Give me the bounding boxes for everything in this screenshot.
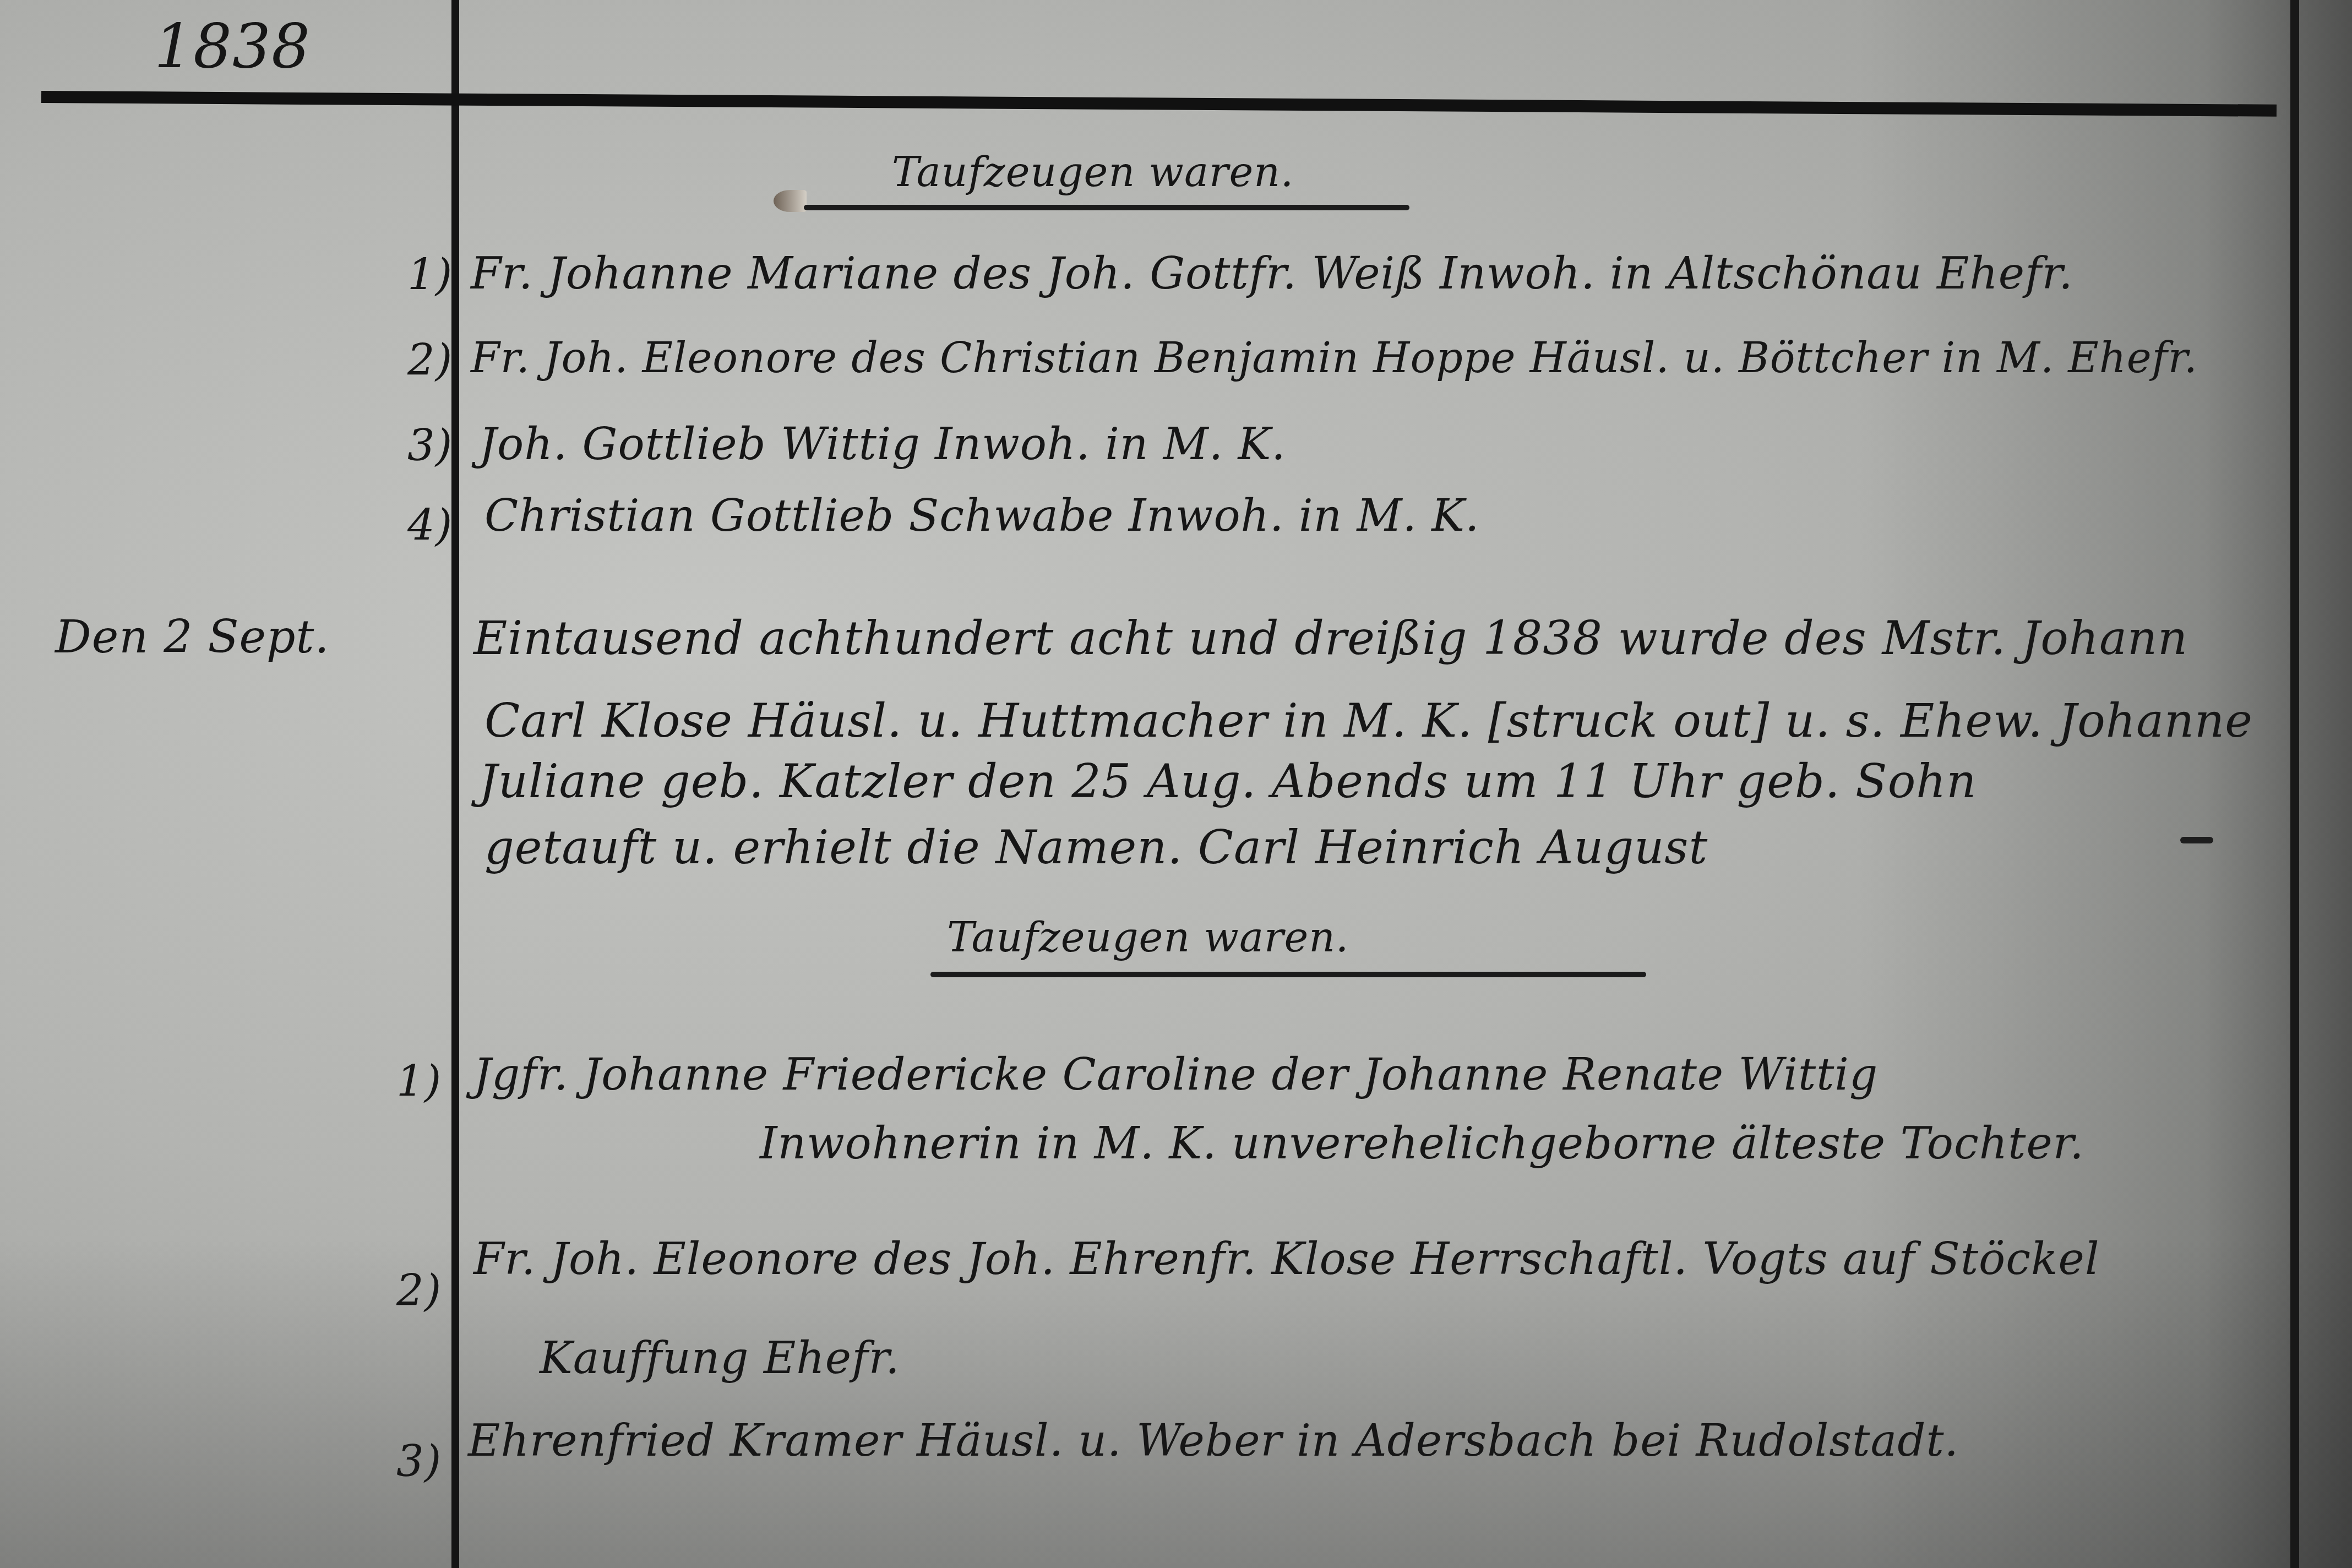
register-page: 1838 Taufzeugen waren. 1) Fr. Johanne Ma…	[0, 0, 2352, 1568]
witness-line: Fr. Johanne Mariane des Joh. Gottfr. Wei…	[471, 248, 2073, 299]
witnesses-header-2: Taufzeugen waren.	[947, 914, 1349, 961]
witness-line: Ehrenfried Kramer Häusl. u. Weber in Ade…	[468, 1415, 1959, 1466]
witness-number: 4)	[407, 501, 453, 551]
witnesses-header-1: Taufzeugen waren.	[892, 149, 1294, 196]
witness-number: 2)	[407, 336, 453, 385]
page-shadow-bottom	[0, 1238, 2352, 1568]
witness-line: Christian Gottlieb Schwabe Inwoh. in M. …	[484, 490, 1479, 541]
entry-date: Den 2 Sept.	[55, 611, 330, 663]
line-end-dash	[2180, 837, 2213, 843]
witness-line: Fr. Joh. Eleonore des Christian Benjamin…	[471, 333, 2198, 382]
witnesses-header-2-underline	[930, 972, 1646, 977]
entry-line: Carl Klose Häusl. u. Huttmacher in M. K.…	[484, 694, 2253, 748]
entry-line: Eintausend achthundert acht und dreißig …	[473, 611, 2188, 665]
page-year: 1838	[154, 11, 311, 81]
witnesses-header-1-underline	[804, 205, 1409, 210]
witness-line: Fr. Joh. Eleonore des Joh. Ehrenfr. Klos…	[473, 1233, 2099, 1284]
witness-line: Jgfr. Johanne Friedericke Caroline der J…	[473, 1049, 1878, 1100]
witness-number: 2)	[396, 1266, 442, 1316]
witness-number: 1)	[396, 1057, 442, 1107]
witness-line: Kauffung Ehefr.	[540, 1332, 900, 1384]
entry-line: getauft u. erhielt die Namen. Carl Heinr…	[484, 820, 1708, 874]
witness-number: 3)	[407, 421, 453, 471]
witness-line: Inwohnerin in M. K. unverehelichgeborne …	[760, 1118, 2084, 1169]
column-divider-margin	[451, 0, 459, 1568]
column-divider-right	[2290, 0, 2299, 1568]
entry-line: Juliane geb. Katzler den 25 Aug. Abends …	[479, 754, 1977, 808]
quill-pen-icon	[774, 190, 807, 212]
witness-number: 3)	[396, 1437, 442, 1487]
witness-number: 1)	[407, 251, 453, 300]
witness-line: Joh. Gottlieb Wittig Inwoh. in M. K.	[479, 418, 1286, 470]
